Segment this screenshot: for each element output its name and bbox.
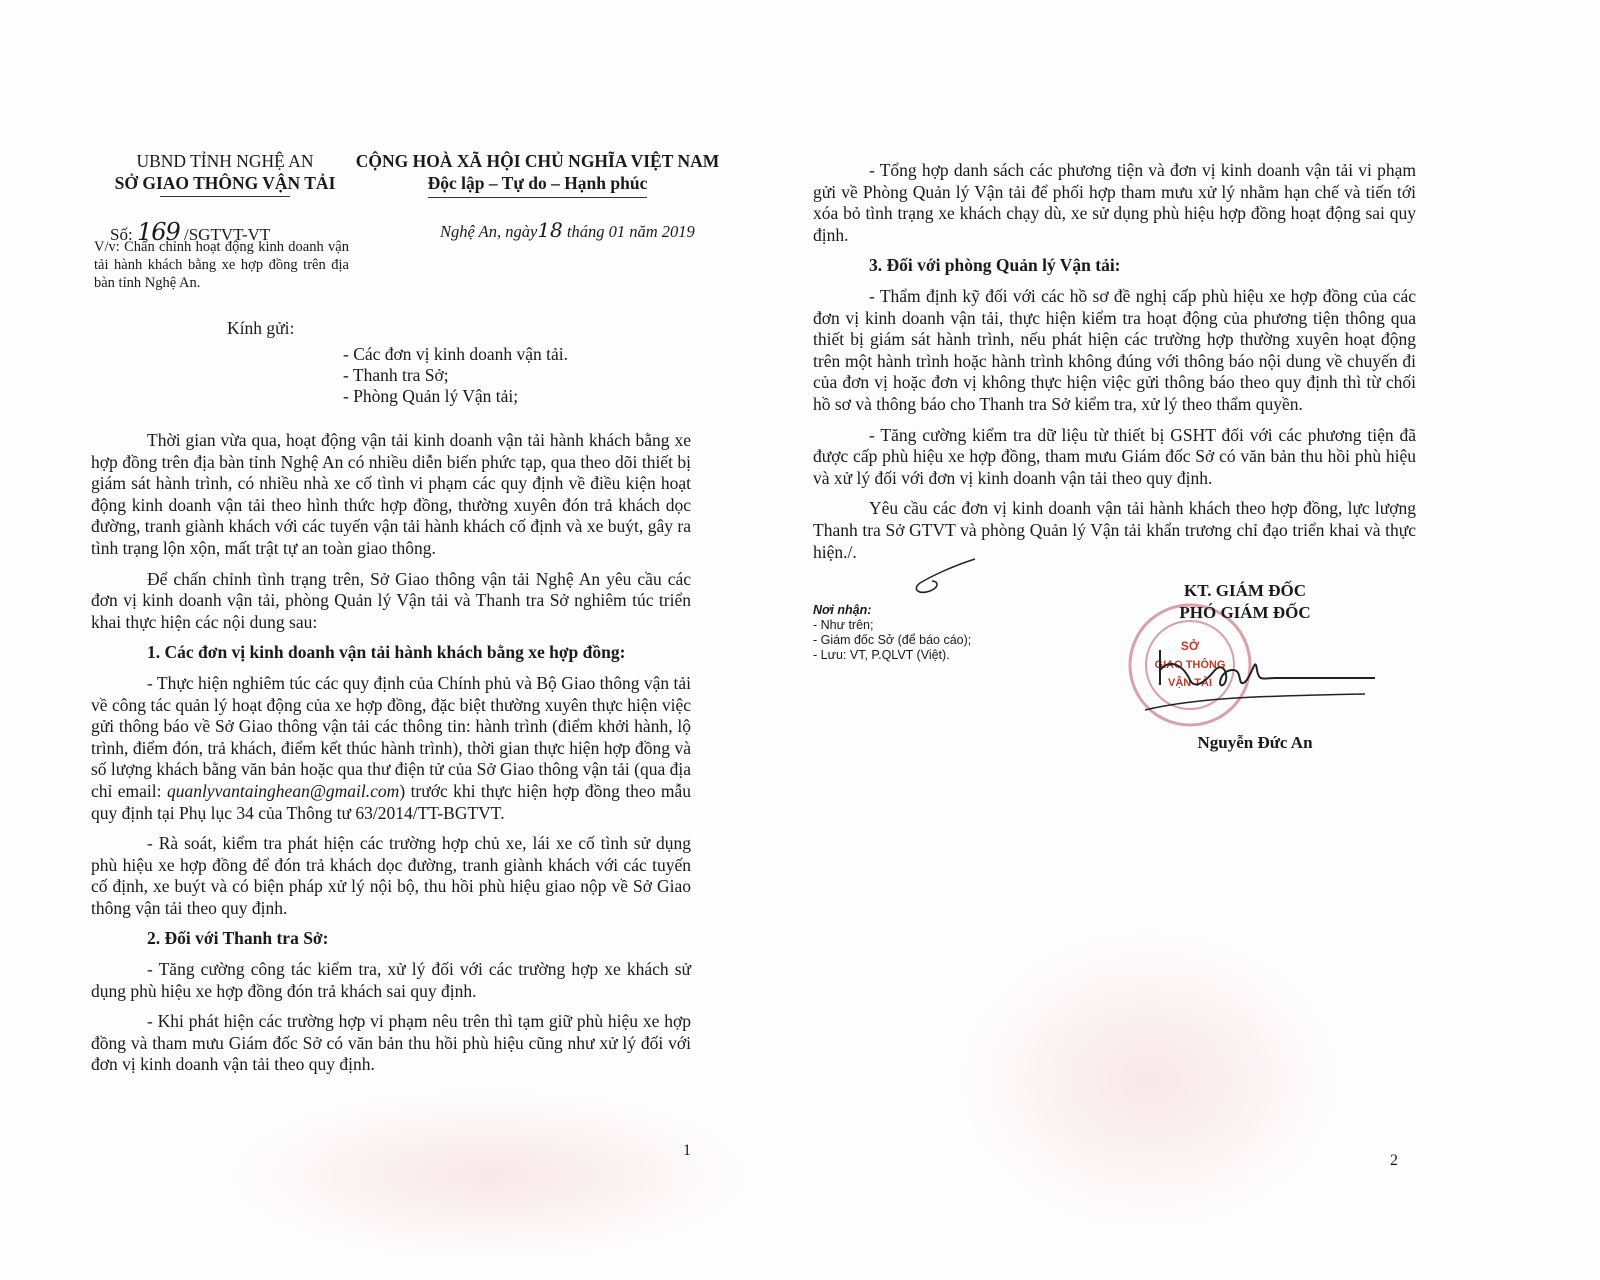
header-underline: [160, 196, 290, 197]
request-paragraph: Để chấn chỉnh tình trạng trên, Sở Giao t…: [91, 569, 691, 634]
issuing-authority-header: UBND TỈNH NGHỆ AN SỞ GIAO THÔNG VẬN TẢI: [95, 150, 355, 201]
date-suffix: tháng 01 năm 2019: [567, 222, 695, 241]
signer-name: Nguyễn Đức An: [1155, 733, 1355, 753]
signer-title: PHÓ GIÁM ĐỐC: [1120, 602, 1370, 624]
org-name: SỞ GIAO THÔNG VẬN TẢI: [95, 172, 355, 194]
section-3-item-2: - Tăng cường kiểm tra dữ liệu từ thiết b…: [813, 425, 1416, 490]
recipients-block: Nơi nhận: - Như trên; - Giám đốc Sở (để …: [813, 603, 971, 663]
section-2-item-3: - Tổng hợp danh sách các phương tiện và …: [813, 160, 1416, 246]
document-date: Nghệ An, ngày18 tháng 01 năm 2019: [440, 218, 695, 242]
recipients-title: Nơi nhận:: [813, 603, 971, 618]
nation-name: CỘNG HOÀ XÃ HỘI CHỦ NGHĨA VIỆT NAM: [340, 150, 735, 172]
page-number: 2: [1390, 1152, 1398, 1170]
document-page-2: - Tổng hợp danh sách các phương tiện và …: [780, 0, 1600, 1280]
page-number: 1: [683, 1142, 691, 1160]
salutation: Kính gửi:: [227, 318, 294, 339]
section-3-item-1: - Thẩm định kỹ đối với các hồ sơ đề nghị…: [813, 286, 1416, 416]
national-motto: Độc lập – Tự do – Hạnh phúc: [428, 172, 648, 198]
paper-stain: [230, 1090, 750, 1260]
signer-title: KT. GIÁM ĐỐC: [1120, 580, 1370, 602]
section-2-heading: 2. Đối với Thanh tra Sở:: [91, 928, 691, 950]
recipient: - Các đơn vị kinh doanh vận tải.: [343, 344, 568, 365]
date-prefix: Nghệ An, ngày: [440, 222, 537, 241]
handwritten-signature-icon: [1135, 640, 1385, 720]
section-1-heading: 1. Các đơn vị kinh doanh vận tải hành kh…: [91, 642, 691, 664]
section-2-item-1: - Tăng cường công tác kiểm tra, xử lý đố…: [91, 959, 691, 1002]
recipient: - Giám đốc Sở (để báo cáo);: [813, 633, 971, 648]
paper-stain: [960, 930, 1340, 1230]
section-1-item-2: - Rà soát, kiểm tra phát hiện các trường…: [91, 833, 691, 919]
closing-paragraph: Yêu cầu các đơn vị kinh doanh vận tải hà…: [813, 498, 1416, 563]
national-header: CỘNG HOÀ XÃ HỘI CHỦ NGHĨA VIỆT NAM Độc l…: [340, 150, 735, 198]
section-1-item-1: - Thực hiện nghiêm túc các quy định của …: [91, 673, 691, 824]
org-parent: UBND TỈNH NGHỆ AN: [95, 150, 355, 172]
intro-paragraph: Thời gian vừa qua, hoạt động vận tải kin…: [91, 430, 691, 560]
recipient-list: - Các đơn vị kinh doanh vận tải. - Thanh…: [343, 344, 568, 407]
page-1-body: Thời gian vừa qua, hoạt động vận tải kin…: [91, 430, 691, 1085]
document-page-1: UBND TỈNH NGHỆ AN SỞ GIAO THÔNG VẬN TẢI …: [0, 0, 780, 1280]
email-link[interactable]: quanlyvantainghean@gmail.com: [167, 781, 399, 801]
initials-mark-icon: [890, 555, 980, 595]
section-3-heading: 3. Đối với phòng Quản lý Vận tải:: [813, 255, 1416, 277]
recipient: - Phòng Quản lý Vận tải;: [343, 386, 568, 407]
date-day: 18: [537, 218, 562, 242]
recipient: - Lưu: VT, P.QLVT (Việt).: [813, 648, 971, 663]
page-2-body: - Tổng hợp danh sách các phương tiện và …: [813, 160, 1416, 572]
section-2-item-2: - Khi phát hiện các trường hợp vi phạm n…: [91, 1011, 691, 1076]
recipient: - Như trên;: [813, 618, 971, 633]
recipient: - Thanh tra Sở;: [343, 365, 568, 386]
signer-titles: KT. GIÁM ĐỐC PHÓ GIÁM ĐỐC: [1120, 580, 1370, 624]
document-subject: V/v: Chấn chỉnh hoạt động kinh doanh vận…: [94, 238, 349, 292]
